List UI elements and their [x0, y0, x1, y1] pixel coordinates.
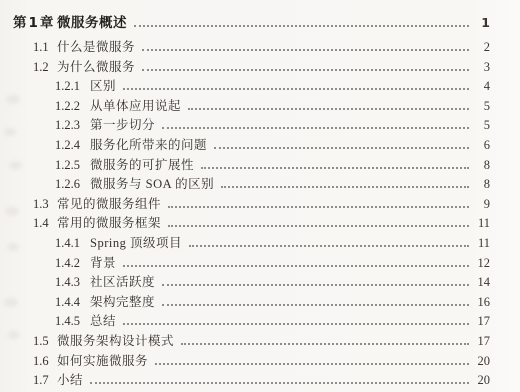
- toc-entry-page-number: 2: [474, 38, 490, 58]
- toc-entry-number: 1.2.1: [55, 77, 90, 97]
- toc-entry-number: 1.2.4: [55, 136, 90, 156]
- toc-entry: 1.2.3 第一步切分 5: [0, 116, 490, 136]
- table-of-contents: 第1章 微服务概述 1 1.1 什么是微服务 2 1.2 为什么微服务 3 1.…: [0, 7, 490, 391]
- toc-entry: 1.4.1 Spring 顶级项目 11: [0, 234, 490, 254]
- toc-entry: 第1章 微服务概述 1: [0, 7, 490, 38]
- toc-entry: 1.5 微服务架构设计模式 17: [0, 332, 490, 352]
- toc-entry: 1.4.5 总结 17: [0, 312, 490, 332]
- toc-entry-page-number: 6: [474, 136, 490, 156]
- toc-entry-number: 1.1: [33, 38, 57, 58]
- toc-entry-number: 1.4.1: [55, 234, 90, 254]
- toc-entry-page-number: 20: [474, 371, 490, 391]
- dotted-leader: [221, 186, 469, 188]
- toc-entry-page-number: 8: [474, 156, 490, 176]
- toc-entry: 1.3 常见的微服务组件 9: [0, 195, 490, 215]
- toc-entry-number: 1.5: [33, 332, 57, 352]
- dotted-leader: [155, 363, 469, 365]
- toc-entry-title: 微服务架构设计模式: [57, 332, 174, 352]
- toc-entry: 1.4.2 背景 12: [0, 254, 490, 274]
- toc-entry-number: 1.4: [33, 214, 57, 234]
- toc-entry: 1.4.3 社区活跃度 14: [0, 273, 490, 293]
- toc-entry-title: 小结: [57, 371, 83, 391]
- toc-entry-page-number: 17: [474, 332, 490, 352]
- toc-entry-title: 架构完整度: [90, 293, 155, 313]
- toc-entry-page-number: 11: [474, 234, 490, 254]
- toc-entry: 1.4.4 架构完整度 16: [0, 293, 490, 313]
- toc-entry-title: 服务化所带来的问题: [90, 136, 207, 156]
- dotted-leader: [168, 206, 469, 208]
- toc-entry-title: 什么是微服务: [57, 38, 135, 58]
- toc-entry-page-number: 4: [474, 77, 490, 97]
- toc-entry-number: 1.3: [33, 195, 57, 215]
- toc-entry-number: 1.2.6: [55, 175, 90, 195]
- toc-entry: 1.2.6 微服务与 SOA 的区别 8: [0, 175, 490, 195]
- dotted-leader: [123, 323, 469, 325]
- toc-entry-number: 1.4.3: [55, 273, 90, 293]
- toc-entry-page-number: 9: [474, 195, 490, 215]
- toc-entry: 1.6 如何实施微服务 20: [0, 352, 490, 372]
- toc-entry-title: 如何实施微服务: [57, 352, 148, 372]
- toc-entry-title: 为什么微服务: [57, 58, 135, 78]
- toc-entry-number: 1.7: [33, 371, 57, 391]
- toc-entry-title: 微服务与 SOA 的区别: [90, 175, 214, 195]
- toc-entry-page-number: 1: [474, 7, 490, 38]
- dotted-leader: [214, 147, 469, 149]
- toc-entry-page-number: 17: [474, 312, 490, 332]
- toc-entry: 1.2 为什么微服务 3: [0, 58, 490, 78]
- toc-entry-number: 1.4.4: [55, 293, 90, 313]
- toc-entry-number: 1.6: [33, 352, 57, 372]
- dotted-leader: [162, 127, 469, 129]
- toc-entry-page-number: 12: [474, 254, 490, 274]
- toc-entry: 1.1 什么是微服务 2: [0, 38, 490, 58]
- dotted-leader: [90, 382, 469, 384]
- toc-entry-title: 总结: [90, 312, 116, 332]
- dotted-leader: [123, 265, 469, 267]
- dotted-leader: [181, 343, 469, 345]
- toc-entry-title: 微服务的可扩展性: [90, 156, 194, 176]
- toc-entry-page-number: 5: [474, 97, 490, 117]
- dotted-leader: [188, 108, 469, 110]
- scanned-toc-page: 第1章 微服务概述 1 1.1 什么是微服务 2 1.2 为什么微服务 3 1.…: [0, 0, 520, 392]
- toc-entry-number: 1.2.5: [55, 156, 90, 176]
- dotted-leader: [162, 284, 469, 286]
- toc-entry-number: 1.2.3: [55, 116, 90, 136]
- toc-entry-page-number: 16: [474, 293, 490, 313]
- dotted-leader: [142, 49, 469, 51]
- dotted-leader: [201, 167, 469, 169]
- toc-entry: 1.7 小结 20: [0, 371, 490, 391]
- toc-entry-title: 常用的微服务框架: [57, 214, 161, 234]
- dotted-leader: [162, 304, 469, 306]
- toc-entry-title: 从单体应用说起: [90, 97, 181, 117]
- toc-entry-page-number: 14: [474, 273, 490, 293]
- toc-entry-number: 1.2.2: [55, 97, 90, 117]
- toc-entry-title: 第一步切分: [90, 116, 155, 136]
- dotted-leader: [123, 88, 469, 90]
- toc-entry: 1.2.1 区别 4: [0, 77, 490, 97]
- dotted-leader: [134, 25, 469, 27]
- toc-entry-page-number: 8: [474, 175, 490, 195]
- toc-entry-title: 区别: [90, 77, 116, 97]
- toc-entry-title: 微服务概述: [57, 8, 127, 39]
- dotted-leader: [189, 245, 469, 247]
- toc-entry-number: 1.4.2: [55, 254, 90, 274]
- toc-entry-page-number: 3: [474, 58, 490, 78]
- toc-entry-title: 常见的微服务组件: [57, 195, 161, 215]
- toc-entry-title: Spring 顶级项目: [90, 234, 182, 254]
- toc-entry-page-number: 20: [474, 352, 490, 372]
- toc-entry-number: 1.2: [33, 58, 57, 78]
- toc-entry-page-number: 11: [474, 214, 490, 234]
- toc-entry-title: 社区活跃度: [90, 273, 155, 293]
- toc-entry: 1.2.5 微服务的可扩展性 8: [0, 156, 490, 176]
- toc-entry: 1.2.2 从单体应用说起 5: [0, 97, 490, 117]
- toc-entry-number: 第1章: [13, 8, 57, 39]
- dotted-leader: [142, 69, 469, 71]
- toc-entry-page-number: 5: [474, 116, 490, 136]
- toc-entry: 1.2.4 服务化所带来的问题 6: [0, 136, 490, 156]
- toc-entry: 1.4 常用的微服务框架 11: [0, 214, 490, 234]
- toc-entry-number: 1.4.5: [55, 312, 90, 332]
- toc-entry-title: 背景: [90, 254, 116, 274]
- dotted-leader: [168, 225, 469, 227]
